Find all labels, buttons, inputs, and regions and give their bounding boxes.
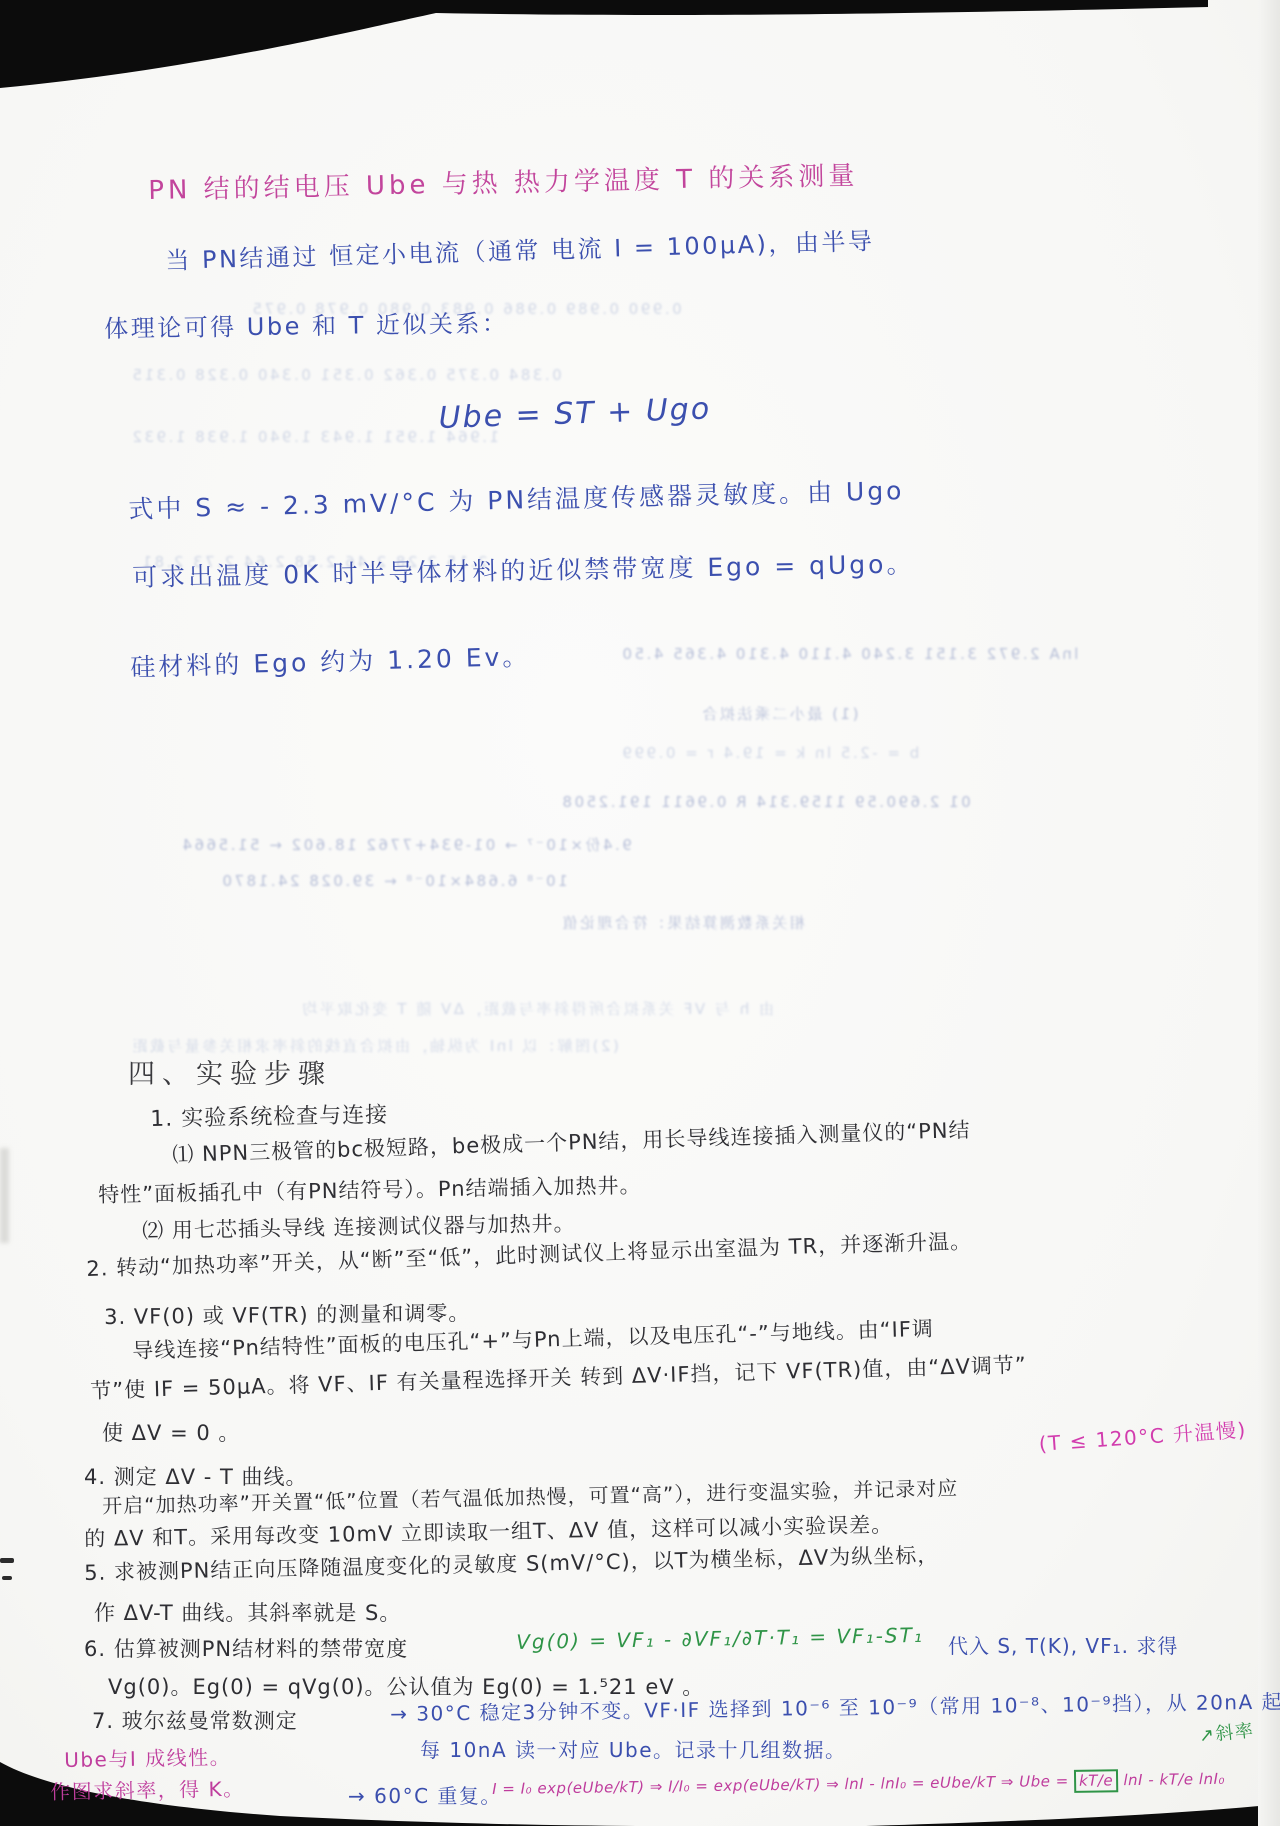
- pink-margin-note: (T ≤ 120°C 升温慢): [1038, 1417, 1248, 1456]
- step-1: 1. 实验系统检查与连接: [150, 1102, 388, 1134]
- page-right-edge-shadow: [1258, 0, 1280, 1826]
- scan-edge-bottom-right: [866, 1804, 1280, 1826]
- slope-arrow-label: ↗斜率: [1198, 1720, 1256, 1748]
- formula-boxed-slope-term: kT/e: [1074, 1769, 1118, 1792]
- step-3: 3. VF(0) 或 VF(TR) 的测量和调零。: [104, 1300, 470, 1330]
- magenta-note-2: 作图求斜率，得 K。: [50, 1777, 245, 1805]
- main-formula: Ube = ST + Ugo: [438, 390, 712, 437]
- bleedthrough-line: 01 2.690.59 1159.314 R 0.9611 191.2508: [560, 793, 971, 811]
- step-5-cont: 作 ΔV-T 曲线。其斜率就是 S。: [94, 1600, 401, 1626]
- boltzmann-derivation-formula: I = I₀ exp(eUbe/kT) ⇒ I/I₀ = exp(eUbe/kT…: [492, 1768, 1225, 1801]
- bleedthrough-line: lnA 2.972 3.151 3.240 4.110 4.310 4.365 …: [620, 645, 1078, 663]
- scan-speck: [2, 1576, 12, 1580]
- scan-speck: [0, 1558, 14, 1563]
- intro-para-3: 硅材料的 Ego 约为 1.20 Ev。: [130, 641, 531, 683]
- formula-pre: I = I₀ exp(eUbe/kT) ⇒ I/I₀ = exp(eUbe/kT…: [492, 1772, 1074, 1798]
- intro-line-2: 体理论可得 Ube 和 T 近似关系：: [104, 308, 509, 344]
- notebook-page-scan: 0.990 0.989 0.986 0.983 0.980 0.978 0.97…: [0, 0, 1280, 1826]
- bleedthrough-line: 9.4份×10⁻⁷ → 01-934+7762 18.602 ← 51.5664: [180, 834, 632, 855]
- intro-line-1: 当 PN结通过 恒定小电流（通常 电流 I = 100μA)，由半导: [165, 226, 875, 276]
- scan-corner-top-left: [0, 0, 1208, 88]
- bleedthrough-line: 10⁻⁸ 6.684×10⁻⁸ ← 39.028 24.1870: [220, 872, 568, 890]
- step-6: 6. 估算被测PN结材料的禁带宽度: [84, 1636, 408, 1662]
- step-1-sub-1-cont: 特性”面板插孔中（有PN结符号）。Pn结端插入加热井。: [98, 1173, 642, 1209]
- intro-para-1: 式中 S ≈ - 2.3 mV/°C 为 PN结温度传感器灵敏度。由 Ugo: [128, 475, 905, 525]
- page-title: PN 结的结电压 Ube 与热 热力学温度 T 的关系测量: [148, 160, 859, 207]
- step-6-blue-tail: 代入 S, T(K), VF₁. 求得: [948, 1634, 1178, 1659]
- formula-post: lnI - kT/e lnI₀: [1118, 1770, 1225, 1789]
- section-heading: 四、实验步骤: [128, 1058, 332, 1092]
- scan-smudge: [0, 1148, 9, 1243]
- bleedthrough-line: 0.384 0.375 0.362 0.351 0.340 0.328 0.31…: [130, 366, 562, 384]
- step-4: 4. 测定 ΔV - T 曲线。: [84, 1464, 308, 1490]
- step-7-blue-3: → 60°C 重复。: [348, 1784, 502, 1809]
- bleedthrough-line: (2)图解：以 lnI 为纵轴，由拟合直线的斜率求相关参量与截距: [130, 1035, 619, 1056]
- step-7: 7. 玻尔兹曼常数测定: [92, 1708, 298, 1734]
- step-1-sub-2: ⑵ 用七芯插头导线 连接测试仪器与加热井。: [142, 1210, 576, 1244]
- bleedthrough-line: 相关系数测算结果：符合理论值: [560, 912, 805, 933]
- step-6-cont: Vg(0)。Eg(0) = qVg(0)。公认值为 Eg(0) = 1.⁵21 …: [108, 1674, 704, 1700]
- step-7-blue-2: 每 10nA 读一对应 Ube。记录十几组数据。: [420, 1738, 847, 1763]
- step-6-green-formula: Vg(0) = VF₁ - ∂VF₁/∂T·T₁ = VF₁-ST₁: [516, 1623, 924, 1655]
- bleedthrough-line: (1) 最小二乘法拟合: [700, 703, 859, 724]
- bleedthrough-line: b = -2.5 ln k = 19.4 r = 0.999: [620, 744, 919, 762]
- bleedthrough-line: 由 h 与 VF 关系拟合所得斜率与截距，ΔV 随 T 变化取平均: [300, 998, 774, 1019]
- magenta-note-1: Ube与I 成线性。: [64, 1745, 231, 1773]
- step-3-cont-3: 使 ΔV = 0 。: [102, 1420, 240, 1446]
